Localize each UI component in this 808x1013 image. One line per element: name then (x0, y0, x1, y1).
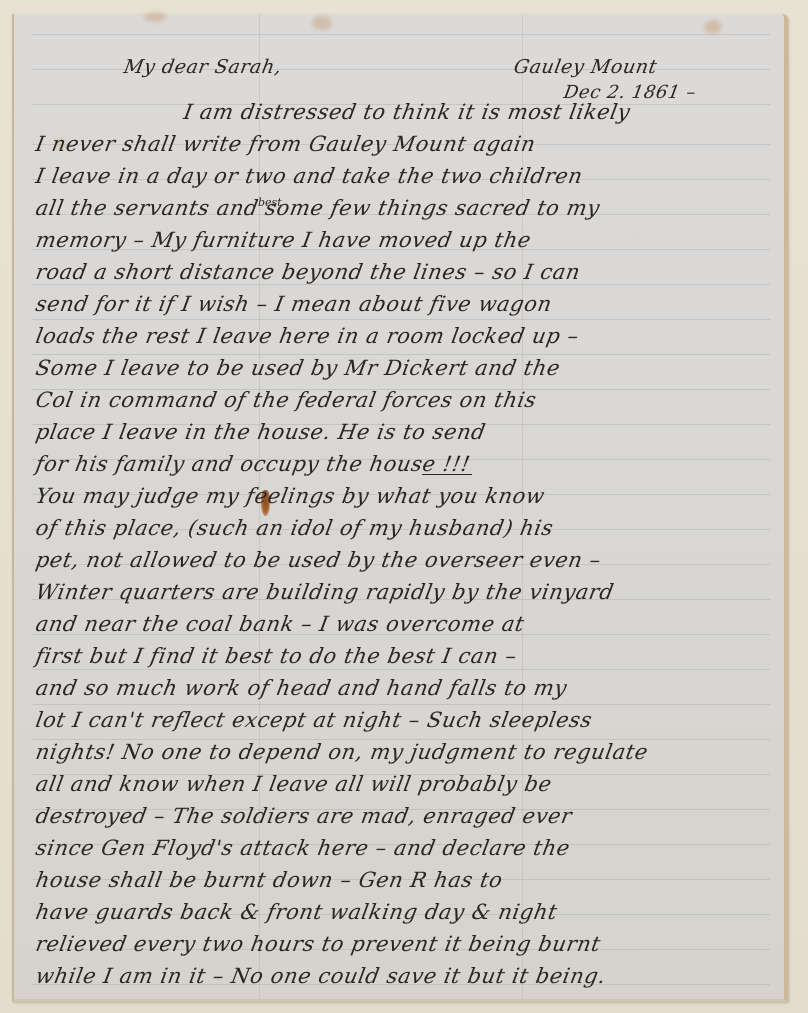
letter-line-1: I am distressed to think it is most like… (182, 100, 632, 124)
letter-line-12: for his family and occupy the house !!! (34, 452, 472, 476)
letter-line-19: and so much work of head and hand falls … (34, 676, 569, 700)
letter-line-17: and near the coal bank – I was overcome … (34, 612, 527, 636)
letter-line-4: all the servants and some few things sac… (34, 196, 602, 220)
letter-line-8: loads the rest I leave here in a room lo… (34, 324, 581, 348)
letter-line-28: while I am in it – No one could save it … (34, 964, 608, 988)
exclamation-underline (422, 474, 472, 475)
letter-line-5: memory – My furniture I have moved up th… (34, 228, 533, 252)
place-heading: Gauley Mount (512, 56, 659, 78)
letter-line-22: all and know when I leave all will proba… (34, 772, 554, 796)
letter-line-24: since Gen Floyd's attack here – and decl… (34, 836, 572, 860)
age-stain (312, 16, 332, 30)
letter-line-18: first but I find it best to do the best … (34, 644, 519, 668)
letter-line-14: of this place, (such an idol of my husba… (34, 516, 555, 540)
letter-line-26: have guards back & front walking day & n… (34, 900, 559, 924)
age-stain (704, 20, 722, 34)
letter-line-21: nights! No one to depend on, my judgment… (34, 740, 650, 764)
salutation: My dear Sarah, (122, 56, 283, 78)
letter-line-16: Winter quarters are building rapidly by … (34, 580, 616, 604)
letter-line-27: relieved every two hours to prevent it b… (34, 932, 603, 956)
age-stain (144, 12, 166, 22)
letter-line-7: send for it if I wish – I mean about fiv… (34, 292, 554, 316)
letter-line-9: Some I leave to be used by Mr Dickert an… (34, 356, 562, 380)
letter-line-13: You may judge my feelings by what you kn… (34, 484, 547, 508)
letter-line-10: Col in command of the federal forces on … (34, 388, 539, 412)
letter-line-23: destroyed – The soldiers are mad, enrage… (34, 804, 574, 828)
letter-line-25: house shall be burnt down – Gen R has to (34, 868, 505, 892)
letter-line-11: place I leave in the house. He is to sen… (34, 420, 488, 444)
letter-line-6: road a short distance beyond the lines –… (34, 260, 583, 284)
letter-line-20: lot I can't reflect except at night – Su… (34, 708, 594, 732)
letter-line-15: pet, not allowed to be used by the overs… (34, 548, 603, 572)
letter-line-2: I never shall write from Gauley Mount ag… (34, 132, 538, 156)
letter-line-3: I leave in a day or two and take the two… (34, 164, 585, 188)
letter-sheet: My dear Sarah, Gauley Mount Dec 2. 1861 … (12, 14, 788, 1002)
